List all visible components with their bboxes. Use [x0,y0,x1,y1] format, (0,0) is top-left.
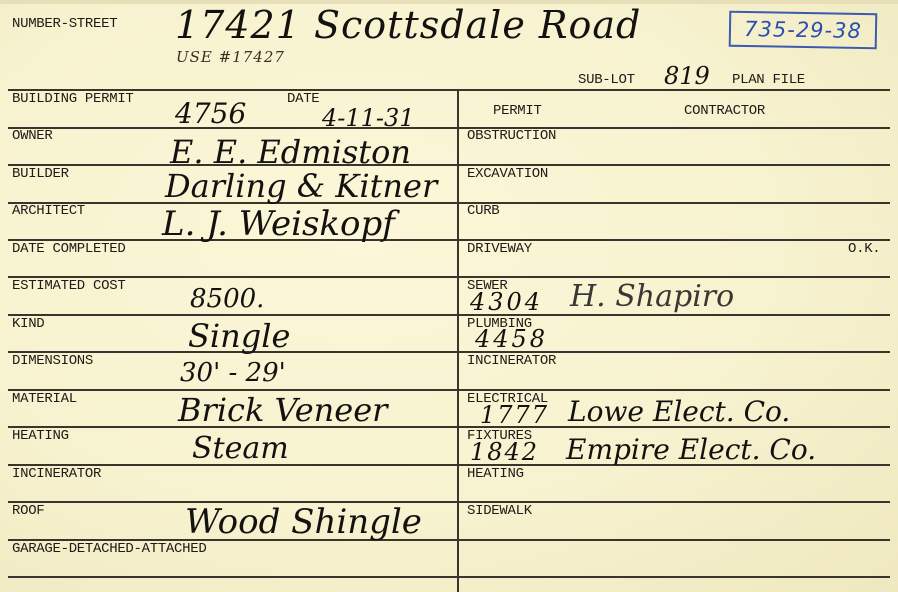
label-heating-right: HEATING [467,466,524,482]
sub-lot-label: SUB-LOT [578,72,635,88]
value-date: 4-11-31 [322,106,415,130]
label-roof: ROOF [12,503,44,519]
electrical-contractor: Lowe Elect. Co. [568,398,790,426]
rule [8,164,890,166]
value-material: Brick Veneer [178,394,387,426]
label-curb: CURB [467,203,499,219]
rule [8,314,890,316]
address-handwritten: 17421 Scottsdale Road [175,6,641,44]
label-estimated-cost: ESTIMATED COST [12,278,125,294]
label-date-completed: DATE COMPLETED [12,241,125,257]
value-architect: L. J. Weiskopf [162,207,395,241]
value-owner: E. E. Edmiston [170,136,411,168]
value-building-permit: 4756 [175,100,246,128]
label-architect: ARCHITECT [12,203,85,219]
plan-file-label: PLAN FILE [732,72,805,88]
sewer-contractor: H. Shapiro [570,282,734,312]
stamp-number: 735-29-38 [729,11,878,50]
rule [8,202,890,204]
label-sidewalk: SIDEWALK [467,503,532,519]
label-garage: GARAGE-DETACHED-ATTACHED [12,541,206,557]
label-kind: KIND [12,316,44,332]
label-building-permit: BUILDING PERMIT [12,91,134,107]
label-excavation: EXCAVATION [467,166,548,182]
value-builder: Darling & Kitner [165,170,437,202]
rule [8,89,890,91]
label-date: DATE [287,91,319,107]
contractor-column-header: CONTRACTOR [684,103,765,119]
value-heating: Steam [192,434,289,464]
building-permit-card: NUMBER-STREET 17421 Scottsdale Road USE … [0,0,898,592]
driveway-note: O.K. [848,241,880,257]
value-estimated-cost: 8500. [190,286,264,312]
label-incinerator-right: INCINERATOR [467,353,556,369]
electrical-permit: 1777 [480,403,549,427]
label-dimensions: DIMENSIONS [12,353,93,369]
fixtures-permit: 1842 [470,440,539,464]
label-incinerator: INCINERATOR [12,466,101,482]
rule [8,351,890,353]
rule [8,239,890,241]
label-owner: OWNER [12,128,53,144]
label-obstruction: OBSTRUCTION [467,128,556,144]
label-material: MATERIAL [12,391,77,407]
rule [8,127,890,129]
label-driveway: DRIVEWAY [467,241,532,257]
value-kind: Single [188,320,290,352]
sub-lot-value: 819 [664,64,710,88]
number-street-label: NUMBER-STREET [12,16,117,32]
value-roof: Wood Shingle [185,505,422,539]
rule [8,389,890,391]
value-dimensions: 30' - 29' [180,360,286,386]
permit-column-header: PERMIT [493,103,542,119]
rule [8,501,890,503]
sewer-permit: 4304 [470,290,543,314]
column-divider [457,89,459,592]
rule [8,576,890,578]
label-heating: HEATING [12,428,69,444]
rule [8,276,890,278]
label-builder: BUILDER [12,166,69,182]
use-note: USE #17427 [176,50,285,65]
plumbing-permit: 4458 [475,327,548,351]
fixtures-contractor: Empire Elect. Co. [566,436,816,464]
